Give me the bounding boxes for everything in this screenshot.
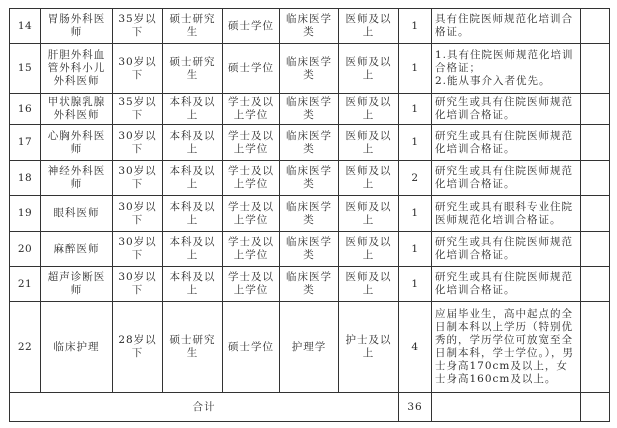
- requirements-cell: 研究生或具有住院医师规范化培训合格证。: [432, 161, 581, 196]
- major-cell: 临床医学类: [280, 44, 339, 94]
- major-cell: 临床医学类: [280, 125, 339, 161]
- table-row: 16甲状腺乳腺外科医师35岁以下本科及以上学士及以上学位临床医学类医师及以上1研…: [10, 94, 610, 125]
- degree-cell: 硕士学位: [223, 9, 280, 44]
- row-number-cell: 14: [10, 9, 41, 44]
- position-name-cell: 神经外科医师: [41, 161, 113, 196]
- education-cell: 硕士研究生: [163, 44, 223, 94]
- total-count-cell: 36: [399, 393, 432, 422]
- age-limit-cell: 30岁以下: [113, 196, 163, 232]
- qualification-cell: 医师及以上: [339, 94, 399, 125]
- age-limit-cell: 30岁以下: [113, 267, 163, 302]
- degree-cell: 硕士学位: [223, 44, 280, 94]
- total-requirements-cell: [432, 393, 581, 422]
- headcount-cell: 2: [399, 161, 432, 196]
- age-limit-cell: 30岁以下: [113, 44, 163, 94]
- position-name-cell: 超声诊断医师: [41, 267, 113, 302]
- remark-cell: [581, 9, 610, 44]
- degree-cell: 学士及以上学位: [223, 267, 280, 302]
- remark-cell: [581, 232, 610, 267]
- remark-cell: [581, 94, 610, 125]
- degree-cell: 学士及以上学位: [223, 196, 280, 232]
- remark-cell: [581, 196, 610, 232]
- requirements-cell: 研究生或具有住院医师规范化培训合格证。: [432, 267, 581, 302]
- headcount-cell: 1: [399, 9, 432, 44]
- major-cell: 临床医学类: [280, 94, 339, 125]
- qualification-cell: 护士及以上: [339, 302, 399, 393]
- table-row: 20麻醉医师30岁以下本科及以上学士及以上学位临床医学类医师及以上1研究生或具有…: [10, 232, 610, 267]
- qualification-cell: 医师及以上: [339, 44, 399, 94]
- qualification-cell: 医师及以上: [339, 125, 399, 161]
- headcount-cell: 1: [399, 94, 432, 125]
- position-name-cell: 甲状腺乳腺外科医师: [41, 94, 113, 125]
- degree-cell: 学士及以上学位: [223, 232, 280, 267]
- qualification-cell: 医师及以上: [339, 9, 399, 44]
- headcount-cell: 1: [399, 232, 432, 267]
- education-cell: 本科及以上: [163, 267, 223, 302]
- position-name-cell: 心胸外科医师: [41, 125, 113, 161]
- education-cell: 硕士研究生: [163, 302, 223, 393]
- major-cell: 临床医学类: [280, 161, 339, 196]
- position-name-cell: 肝胆外科血管外科小儿外科医师: [41, 44, 113, 94]
- requirements-cell: 研究生或具有住院医师规范化培训合格证。: [432, 125, 581, 161]
- remark-cell: [581, 161, 610, 196]
- row-number-cell: 17: [10, 125, 41, 161]
- major-cell: 临床医学类: [280, 232, 339, 267]
- remark-cell: [581, 302, 610, 393]
- requirements-cell: 应届毕业生，高中起点的全日制本科以上学历（特别优秀的，学历学位可放宽至全日制本科…: [432, 302, 581, 393]
- education-cell: 硕士研究生: [163, 9, 223, 44]
- major-cell: 临床医学类: [280, 196, 339, 232]
- table-row: 14胃肠外科医师35岁以下硕士研究生硕士学位临床医学类医师及以上1具有住院医师规…: [10, 9, 610, 44]
- major-cell: 临床医学类: [280, 267, 339, 302]
- recruitment-table: 14胃肠外科医师35岁以下硕士研究生硕士学位临床医学类医师及以上1具有住院医师规…: [9, 8, 610, 422]
- table-row: 22临床护理28岁以下硕士研究生硕士学位护理学护士及以上4应届毕业生，高中起点的…: [10, 302, 610, 393]
- table-row: 19眼科医师30岁以下本科及以上学士及以上学位临床医学类医师及以上1研究生或具有…: [10, 196, 610, 232]
- age-limit-cell: 35岁以下: [113, 9, 163, 44]
- requirements-cell: 1.具有住院医师规范化培训合格证； 2.能从事介入者优先。: [432, 44, 581, 94]
- headcount-cell: 1: [399, 196, 432, 232]
- age-limit-cell: 28岁以下: [113, 302, 163, 393]
- headcount-cell: 1: [399, 125, 432, 161]
- remark-cell: [581, 267, 610, 302]
- age-limit-cell: 35岁以下: [113, 94, 163, 125]
- education-cell: 本科及以上: [163, 232, 223, 267]
- headcount-cell: 1: [399, 44, 432, 94]
- total-label-cell: 合计: [10, 393, 399, 422]
- requirements-cell: 具有住院医师规范化培训合格证。: [432, 9, 581, 44]
- qualification-cell: 医师及以上: [339, 196, 399, 232]
- table-row: 18神经外科医师30岁以下本科及以上学士及以上学位临床医学类医师及以上2研究生或…: [10, 161, 610, 196]
- requirements-cell: 研究生或具有住院医师规范化培训合格证。: [432, 232, 581, 267]
- qualification-cell: 医师及以上: [339, 267, 399, 302]
- position-name-cell: 胃肠外科医师: [41, 9, 113, 44]
- headcount-cell: 1: [399, 267, 432, 302]
- position-name-cell: 麻醉医师: [41, 232, 113, 267]
- row-number-cell: 20: [10, 232, 41, 267]
- education-cell: 本科及以上: [163, 161, 223, 196]
- requirements-cell: 研究生或具有眼科专业住院医师规范化培训合格证。: [432, 196, 581, 232]
- total-row: 合计36: [10, 393, 610, 422]
- age-limit-cell: 30岁以下: [113, 161, 163, 196]
- row-number-cell: 21: [10, 267, 41, 302]
- row-number-cell: 15: [10, 44, 41, 94]
- major-cell: 临床医学类: [280, 9, 339, 44]
- table-row: 21超声诊断医师30岁以下本科及以上学士及以上学位临床医学类医师及以上1研究生或…: [10, 267, 610, 302]
- major-cell: 护理学: [280, 302, 339, 393]
- degree-cell: 硕士学位: [223, 302, 280, 393]
- education-cell: 本科及以上: [163, 94, 223, 125]
- position-name-cell: 眼科医师: [41, 196, 113, 232]
- education-cell: 本科及以上: [163, 125, 223, 161]
- table-row: 15肝胆外科血管外科小儿外科医师30岁以下硕士研究生硕士学位临床医学类医师及以上…: [10, 44, 610, 94]
- degree-cell: 学士及以上学位: [223, 94, 280, 125]
- remark-cell: [581, 125, 610, 161]
- age-limit-cell: 30岁以下: [113, 232, 163, 267]
- headcount-cell: 4: [399, 302, 432, 393]
- degree-cell: 学士及以上学位: [223, 161, 280, 196]
- row-number-cell: 19: [10, 196, 41, 232]
- qualification-cell: 医师及以上: [339, 232, 399, 267]
- degree-cell: 学士及以上学位: [223, 125, 280, 161]
- table-row: 17心胸外科医师30岁以下本科及以上学士及以上学位临床医学类医师及以上1研究生或…: [10, 125, 610, 161]
- remark-cell: [581, 44, 610, 94]
- row-number-cell: 22: [10, 302, 41, 393]
- row-number-cell: 16: [10, 94, 41, 125]
- total-remark-cell: [581, 393, 610, 422]
- education-cell: 本科及以上: [163, 196, 223, 232]
- row-number-cell: 18: [10, 161, 41, 196]
- qualification-cell: 医师及以上: [339, 161, 399, 196]
- requirements-cell: 研究生或具有住院医师规范化培训合格证。: [432, 94, 581, 125]
- position-name-cell: 临床护理: [41, 302, 113, 393]
- age-limit-cell: 30岁以下: [113, 125, 163, 161]
